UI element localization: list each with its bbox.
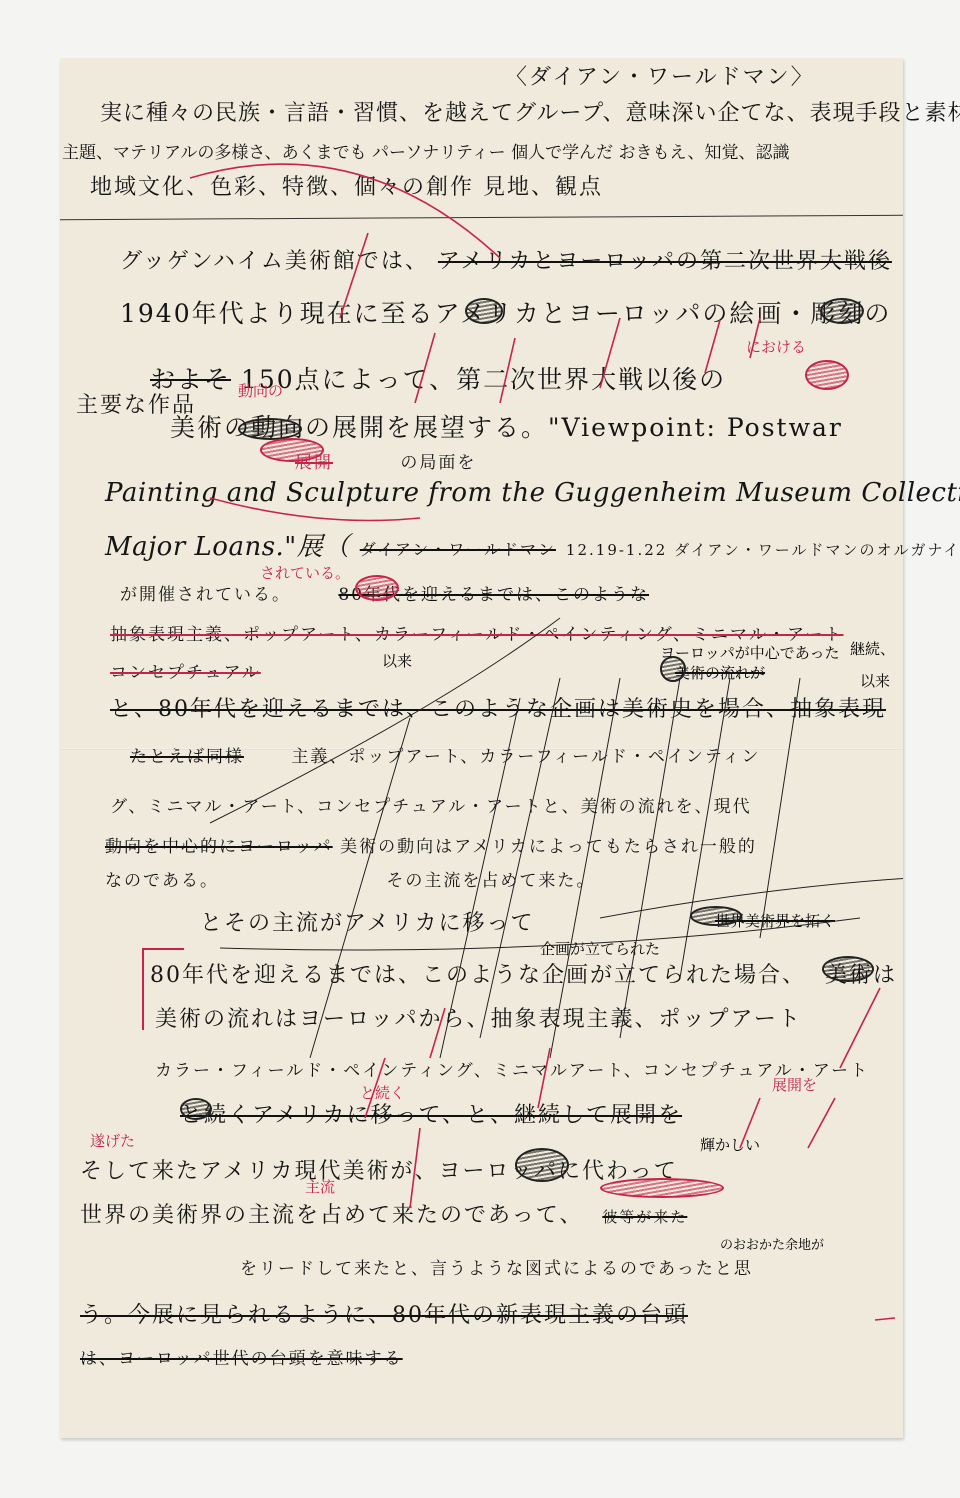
manuscript-page: 〈ダイアン・ワールドマン〉 実に種々の民族・言語・習慣、を越えてグループ、意味深… xyxy=(60,58,903,1438)
editing-marks xyxy=(60,58,903,1438)
